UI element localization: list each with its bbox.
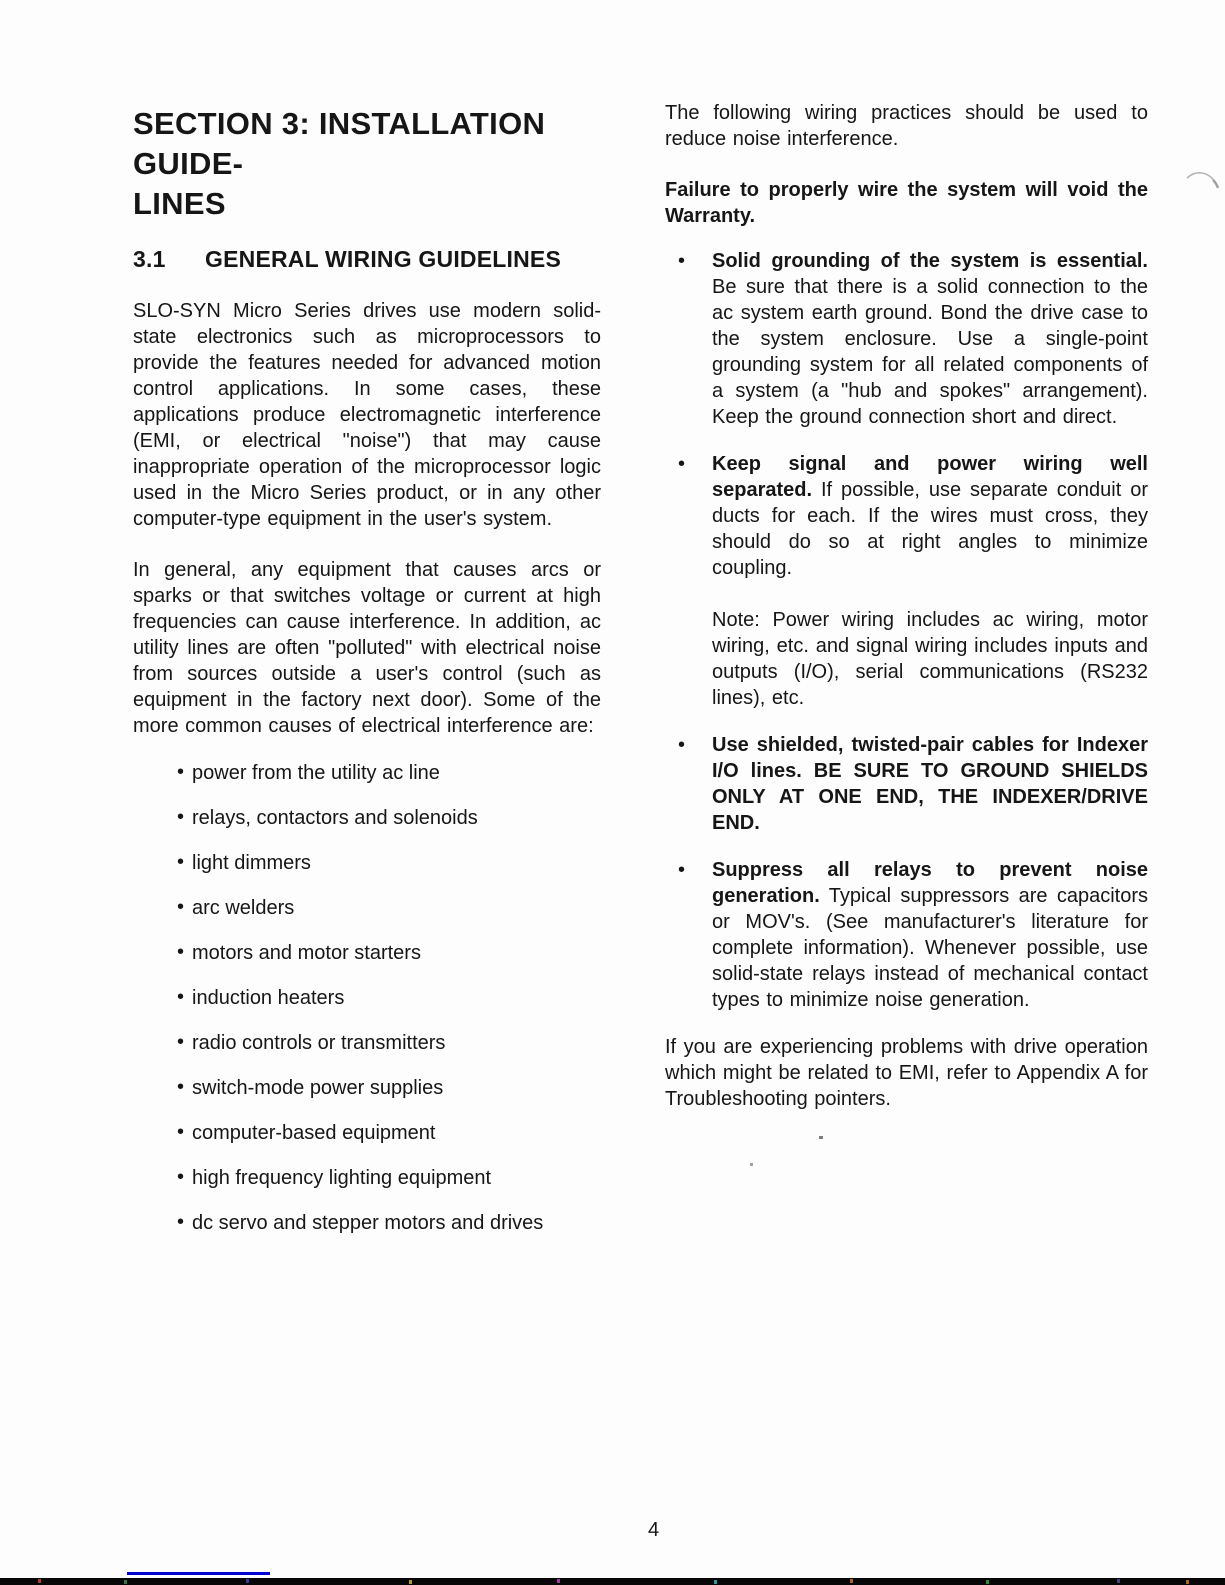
emi-troubleshooting-paragraph: If you are experiencing problems with dr… (665, 1034, 1148, 1112)
list-item: •relays, contactors and solenoids (178, 805, 601, 831)
list-item: •motors and motor starters (178, 940, 601, 966)
list-item: •arc welders (178, 895, 601, 921)
bullet-icon: • (678, 248, 685, 274)
list-item-label: induction heaters (192, 987, 344, 1009)
bullet-icon: • (678, 732, 685, 758)
blue-underline-mark (127, 1572, 270, 1575)
paragraph-interference: In general, any equipment that causes ar… (133, 557, 601, 739)
list-item-label: dc servo and stepper motors and drives (192, 1212, 543, 1234)
left-column: SECTION 3: INSTALLATION GUIDE- LINES 3.1… (133, 104, 601, 1255)
list-item-body: Be sure that there is a solid connection… (712, 276, 1148, 428)
list-item: •power from the utility ac line (178, 760, 601, 786)
list-item-label: radio controls or transmitters (192, 1032, 445, 1054)
section-title: SECTION 3: INSTALLATION GUIDE- LINES (133, 104, 601, 224)
interference-causes-list: •power from the utility ac line •relays,… (133, 760, 601, 1236)
list-item-signal-power: •Keep signal and power wiring well separ… (665, 451, 1148, 711)
list-item-label: light dimmers (192, 852, 311, 874)
warranty-warning: Failure to properly wire the system will… (665, 177, 1148, 229)
subsection-title: GENERAL WIRING GUIDELINES (205, 246, 561, 273)
list-item: •dc servo and stepper motors and drives (178, 1210, 601, 1236)
document-page: SECTION 3: INSTALLATION GUIDE- LINES 3.1… (0, 0, 1225, 1585)
bullet-icon: • (177, 894, 184, 920)
subsection-number: 3.1 (133, 246, 205, 273)
bullet-icon: • (678, 857, 685, 883)
list-item: •radio controls or transmitters (178, 1030, 601, 1056)
list-item: •induction heaters (178, 985, 601, 1011)
bullet-icon: • (177, 1119, 184, 1145)
list-item-label: computer-based equipment (192, 1122, 435, 1144)
scan-edge-bar (0, 1578, 1225, 1585)
right-column: The following wiring practices should be… (665, 100, 1148, 1112)
subsection-heading: 3.1 GENERAL WIRING GUIDELINES (133, 246, 601, 273)
list-item-label: relays, contactors and solenoids (192, 807, 478, 829)
scan-artifact-squiggle (1185, 168, 1221, 200)
list-item-label: switch-mode power supplies (192, 1077, 443, 1099)
list-item-label: power from the utility ac line (192, 762, 440, 784)
list-item-label: arc welders (192, 897, 294, 919)
list-item: •computer-based equipment (178, 1120, 601, 1146)
section-title-line-1: SECTION 3: INSTALLATION GUIDE- (133, 104, 601, 184)
list-item: •light dimmers (178, 850, 601, 876)
page-number: 4 (648, 1519, 659, 1542)
list-item-lead: Use shielded, twisted-pair cables for In… (712, 734, 1148, 834)
list-item-suppress-relays: •Suppress all relays to prevent noise ge… (665, 857, 1148, 1013)
bullet-icon: • (177, 759, 184, 785)
list-item-label: motors and motor starters (192, 942, 421, 964)
section-title-line-2: LINES (133, 184, 601, 224)
bullet-icon: • (177, 984, 184, 1010)
list-item: •high frequency lighting equipment (178, 1165, 601, 1191)
bullet-icon: • (177, 1029, 184, 1055)
paragraph-intro: SLO-SYN Micro Series drives use modern s… (133, 298, 601, 532)
list-item-lead: Solid grounding of the system is essenti… (712, 250, 1148, 272)
bullet-icon: • (177, 849, 184, 875)
power-wiring-note: Note: Power wiring includes ac wiring, m… (712, 607, 1148, 711)
list-item-grounding: •Solid grounding of the system is essent… (665, 248, 1148, 430)
list-item-label: high frequency lighting equipment (192, 1167, 491, 1189)
bullet-icon: • (177, 1074, 184, 1100)
wiring-practices-list: •Solid grounding of the system is essent… (665, 248, 1148, 1013)
bullet-icon: • (177, 1164, 184, 1190)
list-item: •switch-mode power supplies (178, 1075, 601, 1101)
scan-speck (819, 1136, 823, 1139)
scan-noise-speckles (38, 1579, 41, 1583)
bullet-icon: • (177, 804, 184, 830)
scan-speck (750, 1163, 753, 1166)
bullet-icon: • (177, 1209, 184, 1235)
bullet-icon: • (177, 939, 184, 965)
list-item-shielded-cables: •Use shielded, twisted-pair cables for I… (665, 732, 1148, 836)
wiring-practices-intro: The following wiring practices should be… (665, 100, 1148, 152)
bullet-icon: • (678, 451, 685, 477)
